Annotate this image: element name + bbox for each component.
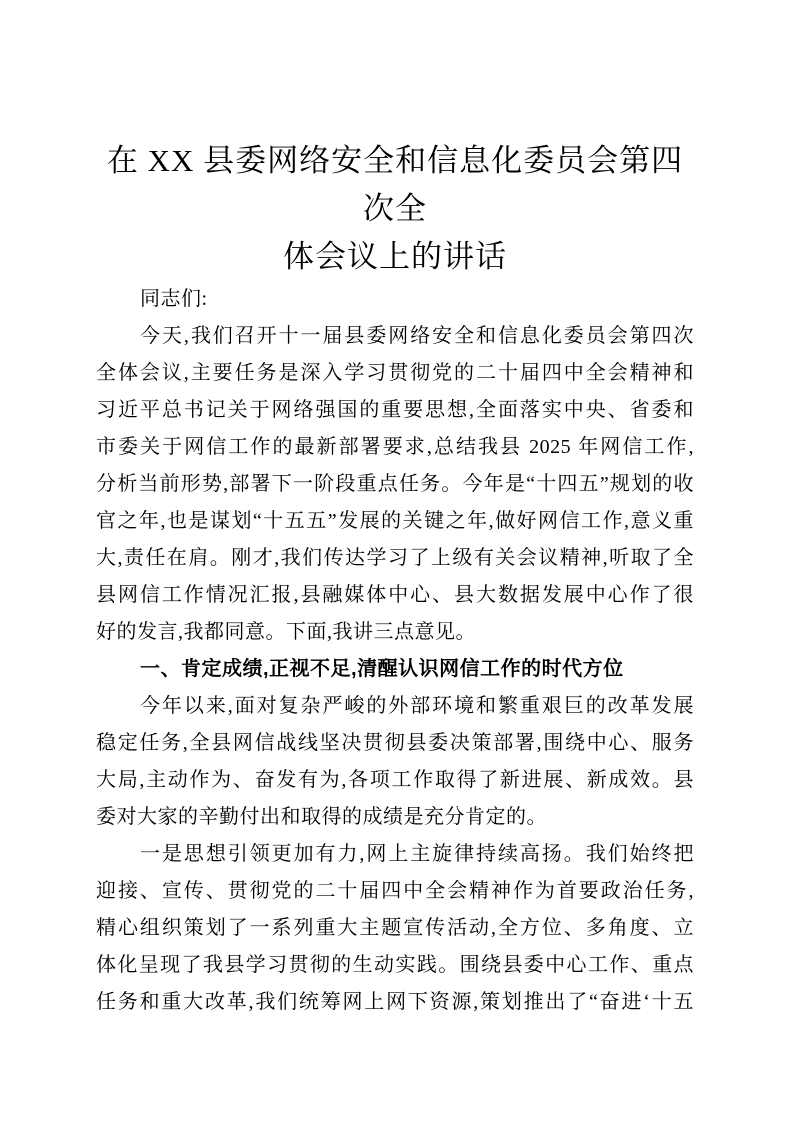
body-line: 委对大家的辛勤付出和取得的成绩是充分肯定的。 bbox=[96, 799, 694, 836]
body-line: 县网信工作情况汇报,县融媒体中心、县大数据发展中心作了很 bbox=[96, 577, 694, 614]
body-line: 大局,主动作为、奋发有为,各项工作取得了新进展、新成效。县 bbox=[96, 762, 694, 799]
body-line: 精心组织策划了一系列重大主题宣传活动,全方位、多角度、立 bbox=[96, 910, 694, 947]
document-content: 在 XX 县委网络安全和信息化委员会第四次全 体会议上的讲话 同志们:今天,我们… bbox=[96, 137, 694, 1021]
body-line: 习近平总书记关于网络强国的重要思想,全面落实中央、省委和 bbox=[96, 392, 694, 429]
document-page: 在 XX 县委网络安全和信息化委员会第四次全 体会议上的讲话 同志们:今天,我们… bbox=[0, 0, 793, 1122]
body-line: 一是思想引领更加有力,网上主旋律持续高扬。我们始终把 bbox=[96, 836, 694, 873]
document-title-line-2: 体会议上的讲话 bbox=[96, 233, 694, 281]
body-line: 今天,我们召开十一届县委网络安全和信息化委员会第四次 bbox=[96, 318, 694, 355]
body-line: 好的发言,我都同意。下面,我讲三点意见。 bbox=[96, 614, 694, 651]
body-line: 分析当前形势,部署下一阶段重点任务。今年是“十四五”规划的收 bbox=[96, 466, 694, 503]
document-body: 同志们:今天,我们召开十一届县委网络安全和信息化委员会第四次全体会议,主要任务是… bbox=[96, 281, 694, 1021]
body-line: 同志们: bbox=[96, 281, 694, 318]
body-line: 官之年,也是谋划“十五五”发展的关键之年,做好网信工作,意义重 bbox=[96, 503, 694, 540]
body-line: 全体会议,主要任务是深入学习贯彻党的二十届四中全会精神和 bbox=[96, 355, 694, 392]
body-line: 市委关于网信工作的最新部署要求,总结我县 2025 年网信工作, bbox=[96, 429, 694, 466]
body-line: 迎接、宣传、贯彻党的二十届四中全会精神作为首要政治任务, bbox=[96, 873, 694, 910]
document-title: 在 XX 县委网络安全和信息化委员会第四次全 体会议上的讲话 bbox=[96, 137, 694, 281]
body-line: 体化呈现了我县学习贯彻的生动实践。围绕县委中心工作、重点 bbox=[96, 947, 694, 984]
body-line: 稳定任务,全县网信战线坚决贯彻县委决策部署,围绕中心、服务 bbox=[96, 725, 694, 762]
document-title-line-1: 在 XX 县委网络安全和信息化委员会第四次全 bbox=[96, 137, 694, 233]
body-line: 大,责任在肩。刚才,我们传达学习了上级有关会议精神,听取了全 bbox=[96, 540, 694, 577]
body-line: 任务和重大改革,我们统筹网上网下资源,策划推出了“奋进‘十五 bbox=[96, 984, 694, 1021]
section-heading: 一、肯定成绩,正视不足,清醒认识网信工作的时代方位 bbox=[96, 651, 694, 688]
body-line: 今年以来,面对复杂严峻的外部环境和繁重艰巨的改革发展 bbox=[96, 688, 694, 725]
